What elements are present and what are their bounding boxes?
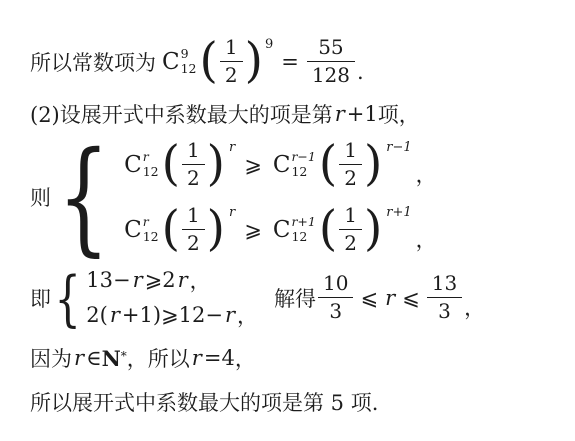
text-because: 因为 xyxy=(30,343,72,373)
combination-subscript: 12 xyxy=(143,165,159,179)
combination-superscript: r−1 xyxy=(291,150,315,164)
fraction-numerator: 1 xyxy=(339,204,362,230)
combination-symbol: C r 12 xyxy=(124,150,159,179)
text-plus-one: +1 xyxy=(347,102,378,126)
fraction-thirteen-thirds: 13 3 xyxy=(427,272,462,323)
fraction-numerator: 10 xyxy=(318,272,353,298)
line-because: 因为 r ∈ N * ，所以 r =4 ， xyxy=(30,342,559,374)
combination-base: C xyxy=(273,217,291,243)
fraction-one-half: 1 2 xyxy=(339,204,362,255)
text-solve-prefix: 解得 xyxy=(274,283,316,313)
combination-base: C xyxy=(124,217,142,243)
combination-symbol: C r−1 12 xyxy=(273,150,316,179)
combination-base: C xyxy=(273,152,291,178)
combination-subscript: 12 xyxy=(291,165,307,179)
combination-superscript: r xyxy=(143,215,149,229)
star-superscript: * xyxy=(121,349,127,363)
combination-symbol: C r 12 xyxy=(124,215,159,244)
fraction-one-half: 1 2 xyxy=(220,36,243,87)
fraction-denominator: 3 xyxy=(318,298,353,323)
combination-subscript: 12 xyxy=(181,62,197,76)
comma: ， xyxy=(237,300,258,330)
leq-sign: ⩽ xyxy=(402,286,420,310)
combination-scripts: r−1 12 xyxy=(291,150,315,179)
combination-symbol: C 9 12 xyxy=(162,47,197,76)
variable-r: r xyxy=(190,346,204,370)
variable-r: r xyxy=(333,102,347,126)
line-constant-term: 所以常数项为 C 9 12 ( 1 2 ) 9 = 55 128 . xyxy=(30,36,559,87)
combination-superscript: 9 xyxy=(181,47,189,61)
system-simplified: 即 { 13−r⩾2r， 2(r+1)⩾12−r， 解得 10 3 ⩽ r ⩽ … xyxy=(30,265,559,330)
comma: ， xyxy=(416,224,437,254)
solution-document: 所以常数项为 C 9 12 ( 1 2 ) 9 = 55 128 . (2)设展… xyxy=(0,0,575,418)
fraction-denominator: 2 xyxy=(182,230,205,255)
comma: ， xyxy=(464,292,485,322)
left-paren: ( xyxy=(162,142,180,188)
left-paren: ( xyxy=(162,207,180,253)
combination-scripts: r 12 xyxy=(143,215,159,244)
right-paren: ) xyxy=(245,39,263,85)
variable-r: r xyxy=(131,268,145,292)
leq-sign: ⩽ xyxy=(360,286,378,310)
left-paren: ( xyxy=(200,39,218,85)
inequality-row-1: C r 12 ( 1 2 ) r ⩾ C r−1 xyxy=(118,139,437,190)
left-paren: ( xyxy=(319,142,337,188)
fraction-one-half: 1 2 xyxy=(182,139,205,190)
fraction-numerator: 13 xyxy=(427,272,462,298)
fraction-numerator: 1 xyxy=(182,139,205,165)
text-run: ⩾2 xyxy=(145,268,176,292)
fraction-denominator: 128 xyxy=(307,62,355,87)
combination-symbol: C r+1 12 xyxy=(273,215,316,244)
fraction-ten-thirds: 10 3 xyxy=(318,272,353,323)
combination-base: C xyxy=(124,152,142,178)
exponent-r-plus-1: r+1 xyxy=(384,205,413,220)
left-brace: { xyxy=(54,268,80,328)
text-equals-four: =4 xyxy=(204,346,235,370)
exponent-r-minus-1: r−1 xyxy=(384,140,413,155)
combination-scripts: 9 12 xyxy=(181,47,197,76)
equals-sign: = xyxy=(281,50,299,74)
combination-superscript: r+1 xyxy=(291,215,315,229)
variable-r: r xyxy=(108,303,122,327)
period: . xyxy=(357,60,364,87)
combination-base: C xyxy=(162,49,180,75)
fraction-numerator: 55 xyxy=(307,36,355,62)
solution-range: 解得 10 3 ⩽ r ⩽ 13 3 ， xyxy=(274,272,485,323)
text-so: ，所以 xyxy=(127,343,190,373)
fraction-denominator: 2 xyxy=(339,230,362,255)
right-paren: ) xyxy=(364,207,382,253)
line-conclusion: 所以展开式中系数最大的项是第 5 项. xyxy=(30,386,559,418)
right-paren: ) xyxy=(207,207,225,253)
fraction-one-half: 1 2 xyxy=(182,204,205,255)
geq-sign: ⩾ xyxy=(244,218,262,242)
text-run: 2( xyxy=(86,303,108,327)
fraction-result: 55 128 xyxy=(307,36,355,87)
left-paren: ( xyxy=(319,207,337,253)
element-of-sign: ∈ xyxy=(86,346,102,370)
left-brace: { xyxy=(58,136,110,259)
fraction-numerator: 1 xyxy=(182,204,205,230)
exponent-nine: 9 xyxy=(265,37,273,52)
combination-scripts: r 12 xyxy=(143,150,159,179)
fraction-denominator: 2 xyxy=(339,165,362,190)
variable-r: r xyxy=(72,346,86,370)
text-run: +1)⩾12− xyxy=(122,303,223,327)
fraction-one-half: 1 2 xyxy=(339,139,362,190)
fraction-denominator: 3 xyxy=(427,298,462,323)
inequality-row-2: C r 12 ( 1 2 ) r ⩾ C r+1 xyxy=(118,204,437,255)
text-setup-after: 项， xyxy=(378,99,420,129)
comma: ， xyxy=(190,265,211,295)
text-then-label: 则 xyxy=(30,182,51,212)
text-namely-label: 即 xyxy=(30,283,51,313)
fraction-numerator: 1 xyxy=(220,36,243,62)
comma: ， xyxy=(235,343,256,373)
system-rows: C r 12 ( 1 2 ) r ⩾ C r−1 xyxy=(118,139,437,255)
text-run: 13− xyxy=(86,268,130,292)
variable-r: r xyxy=(176,268,190,292)
right-paren: ) xyxy=(207,142,225,188)
simple-inequality-1: 13−r⩾2r， xyxy=(86,265,258,295)
fraction-numerator: 1 xyxy=(339,139,362,165)
combination-subscript: 12 xyxy=(291,230,307,244)
simple-inequality-2: 2(r+1)⩾12−r， xyxy=(86,300,258,330)
fraction-denominator: 2 xyxy=(220,62,243,87)
variable-r: r xyxy=(383,286,397,310)
variable-r: r xyxy=(223,303,237,327)
geq-sign: ⩾ xyxy=(244,153,262,177)
combination-superscript: r xyxy=(143,150,149,164)
fraction-denominator: 2 xyxy=(182,165,205,190)
natural-numbers-symbol: N xyxy=(102,346,121,371)
text-constant-prefix: 所以常数项为 xyxy=(30,47,156,77)
text-conclusion: 所以展开式中系数最大的项是第 5 项. xyxy=(30,387,378,417)
combination-scripts: r+1 12 xyxy=(291,215,315,244)
right-paren: ) xyxy=(364,142,382,188)
system-rows: 13−r⩾2r， 2(r+1)⩾12−r， xyxy=(86,265,258,330)
system-then: 则 { C r 12 ( 1 2 ) r ⩾ xyxy=(30,139,559,255)
exponent-r: r xyxy=(227,205,237,220)
comma: ， xyxy=(416,159,437,189)
combination-subscript: 12 xyxy=(143,230,159,244)
exponent-r: r xyxy=(227,140,237,155)
